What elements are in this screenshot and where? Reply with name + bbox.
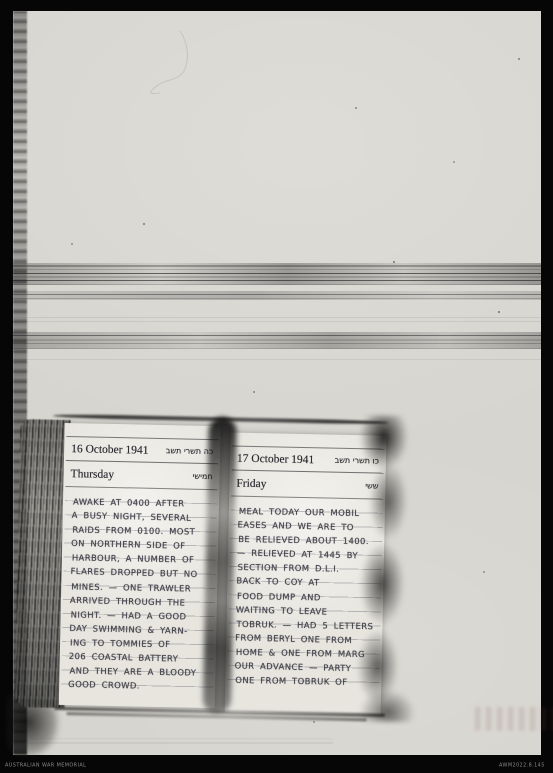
- hebrew-date: כה תשרי תשב: [166, 446, 214, 456]
- scanner-streak-band: [13, 735, 333, 747]
- archive-watermark: AUSTRALIAN WAR MEMORIAL: [5, 762, 86, 768]
- printed-date: 17 October 1941: [237, 452, 315, 466]
- scanner-streak-band: [13, 291, 541, 300]
- printed-date: 16 October 1941: [71, 443, 149, 457]
- photocopy-page: 16 October 1941 כה תשרי תשב Thursday חמי…: [13, 11, 541, 755]
- printed-day-name: Thursday: [70, 468, 114, 481]
- scanned-document-frame: 16 October 1941 כה תשרי תשב Thursday חמי…: [0, 0, 553, 773]
- scanner-streak-band: [13, 356, 541, 362]
- scanner-streak-band: [13, 263, 541, 285]
- accession-number: AWM2022.8.145: [499, 762, 545, 768]
- printed-day-name: Friday: [236, 477, 266, 490]
- scanner-streak-band: [13, 314, 541, 322]
- ink-bleed-through: [475, 707, 553, 731]
- toner-specks: [13, 11, 15, 13]
- handwritten-entry: AWAKE AT 0400 AFTER A BUSY NIGHT, SEVERA…: [61, 487, 217, 694]
- diary-page-left: 16 October 1941 כה תשרי תשב Thursday חמי…: [59, 423, 221, 708]
- handwriting-line: GOOD CROWD.: [68, 677, 209, 695]
- scanner-streak-band: [13, 332, 541, 349]
- day-header-row: Thursday חמישי: [65, 461, 218, 490]
- pencil-squiggle-mark: [118, 21, 228, 116]
- diary-spread: 16 October 1941 כה תשרי תשב Thursday חמי…: [15, 410, 425, 722]
- date-header-row: 16 October 1941 כה תשרי תשב: [66, 436, 218, 464]
- diary-right-edge-smudge: [349, 415, 425, 722]
